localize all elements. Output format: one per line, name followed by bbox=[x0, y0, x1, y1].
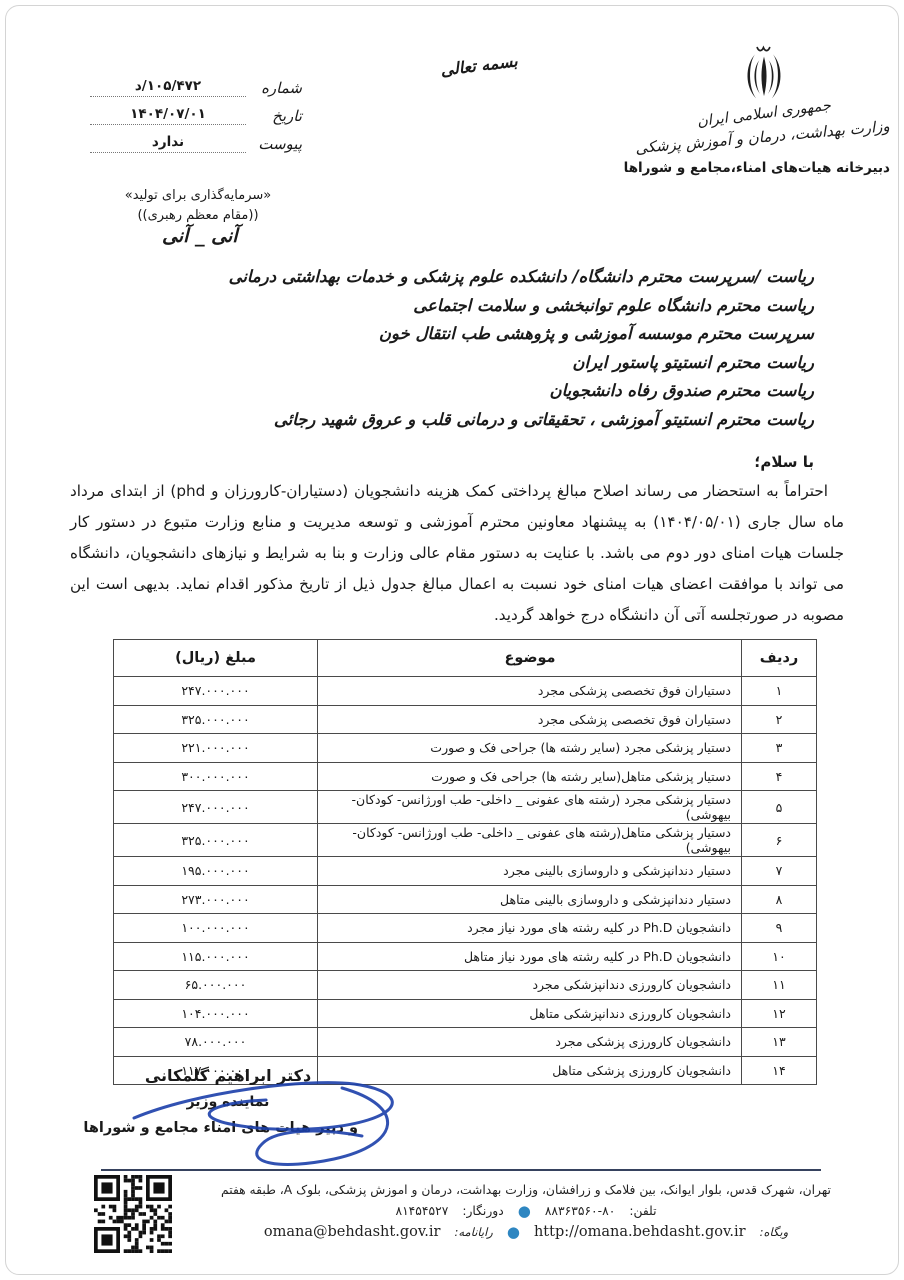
phone-label: تلفن: bbox=[629, 1201, 656, 1222]
email-label: رایانامه: bbox=[455, 1222, 493, 1243]
cell-subject: دستیار پزشکی متاهل(رشته های عفونی _ داخل… bbox=[318, 824, 742, 857]
table-row: ۴دستیار پزشکی متاهل(سایر رشته ها) جراحی … bbox=[114, 762, 817, 791]
bullet-icon: ● bbox=[507, 1225, 520, 1240]
cell-no: ۱۴ bbox=[742, 1056, 817, 1085]
recipient-line: ریاست محترم انستیتو پاستور ایران bbox=[74, 349, 814, 378]
footer-web-row: وبگاه: http://omana.behdasht.gov.ir ● را… bbox=[196, 1222, 856, 1243]
recipient-line: ریاست محترم دانشگاه علوم توانبخشی و سلام… bbox=[74, 292, 814, 321]
slogan-text: «سرمایه‌گذاری برای تولید» bbox=[84, 186, 312, 206]
cell-no: ۵ bbox=[742, 791, 817, 824]
cell-subject: دانشجویان کارورزی دندانپزشکی مجرد bbox=[318, 971, 742, 1000]
table-row: ۱۳دانشجویان کارورزی پزشکی مجرد۷۸.۰۰۰.۰۰۰ bbox=[114, 1028, 817, 1057]
table-row: ۳دستیار پزشکی مجرد (سایر رشته ها) جراحی … bbox=[114, 734, 817, 763]
qr-code bbox=[94, 1175, 172, 1253]
cell-subject: دانشجویان کارورزی دندانپزشکی متاهل bbox=[318, 999, 742, 1028]
letter-page: بسمه تعالی جمهوری اسلامی ایران وزارت بهد… bbox=[5, 5, 899, 1275]
table-row: ۲دستیاران فوق تخصصی پزشکی مجرد۳۲۵.۰۰۰.۰۰… bbox=[114, 705, 817, 734]
letterhead-block: جمهوری اسلامی ایران وزارت بهداشت، درمان … bbox=[638, 42, 890, 176]
cell-subject: دانشجویان Ph.D در کلیه رشته های مورد نیا… bbox=[318, 914, 742, 943]
table-row: ۹دانشجویان Ph.D در کلیه رشته های مورد نی… bbox=[114, 914, 817, 943]
cell-amount: ۱۱۵.۰۰۰.۰۰۰ bbox=[114, 942, 318, 971]
header-subject: موضوع bbox=[318, 640, 742, 677]
letter-body: احتراماً به استحضار می رساند اصلاح مبالغ… bbox=[70, 476, 844, 631]
cell-amount: ۱۰۴.۰۰۰.۰۰۰ bbox=[114, 999, 318, 1028]
website-label: وبگاه: bbox=[760, 1222, 789, 1243]
table-row: ۱۰دانشجویان Ph.D در کلیه رشته های مورد ن… bbox=[114, 942, 817, 971]
table-row: ۱۱دانشجویان کارورزی دندانپزشکی مجرد۶۵.۰۰… bbox=[114, 971, 817, 1000]
table-row: ۸دستیار دندانپزشکی و داروسازی بالینی متا… bbox=[114, 885, 817, 914]
cell-no: ۴ bbox=[742, 762, 817, 791]
cell-no: ۱۲ bbox=[742, 999, 817, 1028]
cell-subject: دستیار دندانپزشکی و داروسازی بالینی مجرد bbox=[318, 857, 742, 886]
header-row-number: ردیف bbox=[742, 640, 817, 677]
cell-amount: ۲۲۱.۰۰۰.۰۰۰ bbox=[114, 734, 318, 763]
fax-label: دورنگار: bbox=[462, 1201, 503, 1222]
letter-number-row: شماره د/۱۰۵/۴۷۲ bbox=[90, 78, 302, 97]
cell-amount: ۷۸.۰۰۰.۰۰۰ bbox=[114, 1028, 318, 1057]
recipients-list: ریاست /سرپرست محترم دانشگاه/ دانشکده علو… bbox=[74, 263, 814, 434]
cell-no: ۲ bbox=[742, 705, 817, 734]
cell-amount: ۲۴۷.۰۰۰.۰۰۰ bbox=[114, 677, 318, 706]
footer-phone-row: تلفن: ۸۸۳۶۳۵۶۰-۸۰ ● دورنگار: ۸۱۴۵۴۵۲۷ bbox=[196, 1201, 856, 1222]
cell-amount: ۶۵.۰۰۰.۰۰۰ bbox=[114, 971, 318, 1000]
footer-block: تهران، شهرک قدس، بلوار ایوانک، بین فلامک… bbox=[196, 1180, 856, 1243]
cell-no: ۹ bbox=[742, 914, 817, 943]
fee-table: ردیف موضوع مبلغ (ریال) ۱دستیاران فوق تخص… bbox=[113, 639, 817, 1085]
bullet-icon: ● bbox=[518, 1204, 531, 1219]
cell-subject: دانشجویان Ph.D در کلیه رشته های مورد نیا… bbox=[318, 942, 742, 971]
footer-divider bbox=[101, 1169, 821, 1171]
phone-value: ۸۸۳۶۳۵۶۰-۸۰ bbox=[545, 1201, 616, 1222]
cell-no: ۸ bbox=[742, 885, 817, 914]
letter-date-row: تاریخ ۱۴۰۴/۰۷/۰۱ bbox=[90, 106, 302, 125]
cell-amount: ۲۴۷.۰۰۰.۰۰۰ bbox=[114, 791, 318, 824]
cell-subject: دستیاران فوق تخصصی پزشکی مجرد bbox=[318, 677, 742, 706]
slogan-attribution: ((مقام معظم رهبری)) bbox=[84, 206, 312, 226]
cell-subject: دستیار پزشکی متاهل(سایر رشته ها) جراحی ف… bbox=[318, 762, 742, 791]
date-label: تاریخ bbox=[246, 107, 302, 125]
cell-amount: ۲۷۳.۰۰۰.۰۰۰ bbox=[114, 885, 318, 914]
footer-address: تهران، شهرک قدس، بلوار ایوانک، بین فلامک… bbox=[196, 1180, 856, 1201]
table-row: ۵دستیار پزشکی مجرد (رشته های عفونی _ داخ… bbox=[114, 791, 817, 824]
year-slogan-block: «سرمایه‌گذاری برای تولید» ((مقام معظم ره… bbox=[84, 186, 312, 226]
cell-no: ۷ bbox=[742, 857, 817, 886]
urgency-stamp: آنی _ آنی bbox=[162, 225, 238, 247]
recipient-line: سرپرست محترم موسسه آموزشی و پژوهشی طب ان… bbox=[74, 320, 814, 349]
cell-amount: ۳۲۵.۰۰۰.۰۰۰ bbox=[114, 705, 318, 734]
number-value: د/۱۰۵/۴۷۲ bbox=[135, 78, 201, 94]
iran-emblem-icon bbox=[735, 42, 793, 104]
signatory-title-1: نماینده وزیر bbox=[98, 1089, 358, 1115]
number-label: شماره bbox=[246, 79, 302, 97]
table-row: ۶دستیار پزشکی متاهل(رشته های عفونی _ داخ… bbox=[114, 824, 817, 857]
secretariat-title: دبیرخانه هیات‌های امناء،مجامع و شوراها bbox=[638, 160, 890, 176]
cell-amount: ۱۰۰.۰۰۰.۰۰۰ bbox=[114, 914, 318, 943]
attachment-row: پیوست ندارد bbox=[90, 134, 302, 153]
recipient-line: ریاست محترم صندوق رفاه دانشجویان bbox=[74, 377, 814, 406]
cell-subject: دستیار پزشکی مجرد (سایر رشته ها) جراحی ف… bbox=[318, 734, 742, 763]
attachment-value: ندارد bbox=[90, 134, 246, 153]
cell-no: ۱۱ bbox=[742, 971, 817, 1000]
date-value: ۱۴۰۴/۰۷/۰۱ bbox=[130, 106, 206, 122]
recipient-line: ریاست محترم انستیتو آموزشی ، تحقیقاتی و … bbox=[74, 406, 814, 435]
table-row: ۱۲دانشجویان کارورزی دندانپزشکی متاهل۱۰۴.… bbox=[114, 999, 817, 1028]
cell-no: ۱۰ bbox=[742, 942, 817, 971]
cell-no: ۶ bbox=[742, 824, 817, 857]
signature-block: دکتر ابراهیم گلمکانی نماینده وزیر و دبیر… bbox=[98, 1063, 358, 1141]
email-address: omana@behdasht.gov.ir bbox=[264, 1222, 441, 1243]
cell-subject: دستیاران فوق تخصصی پزشکی مجرد bbox=[318, 705, 742, 734]
salutation: با سلام؛ bbox=[754, 453, 814, 471]
website-url: http://omana.behdasht.gov.ir bbox=[534, 1222, 746, 1243]
table-header-row: ردیف موضوع مبلغ (ریال) bbox=[114, 640, 817, 677]
table-row: ۱دستیاران فوق تخصصی پزشکی مجرد۲۴۷.۰۰۰.۰۰… bbox=[114, 677, 817, 706]
cell-subject: دانشجویان کارورزی پزشکی متاهل bbox=[318, 1056, 742, 1085]
cell-no: ۱۳ bbox=[742, 1028, 817, 1057]
cell-subject: دستیار دندانپزشکی و داروسازی بالینی متاه… bbox=[318, 885, 742, 914]
cell-subject: دستیار پزشکی مجرد (رشته های عفونی _ داخل… bbox=[318, 791, 742, 824]
cell-amount: ۱۹۵.۰۰۰.۰۰۰ bbox=[114, 857, 318, 886]
attachment-label: پیوست bbox=[246, 135, 302, 153]
header-amount: مبلغ (ریال) bbox=[114, 640, 318, 677]
letter-meta-block: شماره د/۱۰۵/۴۷۲ تاریخ ۱۴۰۴/۰۷/۰۱ پیوست ن… bbox=[90, 78, 302, 162]
table-row: ۷دستیار دندانپزشکی و داروسازی بالینی مجر… bbox=[114, 857, 817, 886]
cell-amount: ۳۲۵.۰۰۰.۰۰۰ bbox=[114, 824, 318, 857]
cell-amount: ۳۰۰.۰۰۰.۰۰۰ bbox=[114, 762, 318, 791]
recipient-line: ریاست /سرپرست محترم دانشگاه/ دانشکده علو… bbox=[74, 263, 814, 292]
cell-no: ۳ bbox=[742, 734, 817, 763]
cell-no: ۱ bbox=[742, 677, 817, 706]
signatory-title-2: و دبیر هیات های امناء مجامع و شوراها bbox=[98, 1115, 358, 1141]
signatory-name: دکتر ابراهیم گلمکانی bbox=[98, 1063, 358, 1089]
cell-subject: دانشجویان کارورزی پزشکی مجرد bbox=[318, 1028, 742, 1057]
fax-value: ۸۱۴۵۴۵۲۷ bbox=[395, 1201, 448, 1222]
besmele-calligraphy: بسمه تعالی bbox=[433, 51, 525, 81]
fee-table-body: ۱دستیاران فوق تخصصی پزشکی مجرد۲۴۷.۰۰۰.۰۰… bbox=[114, 677, 817, 1085]
